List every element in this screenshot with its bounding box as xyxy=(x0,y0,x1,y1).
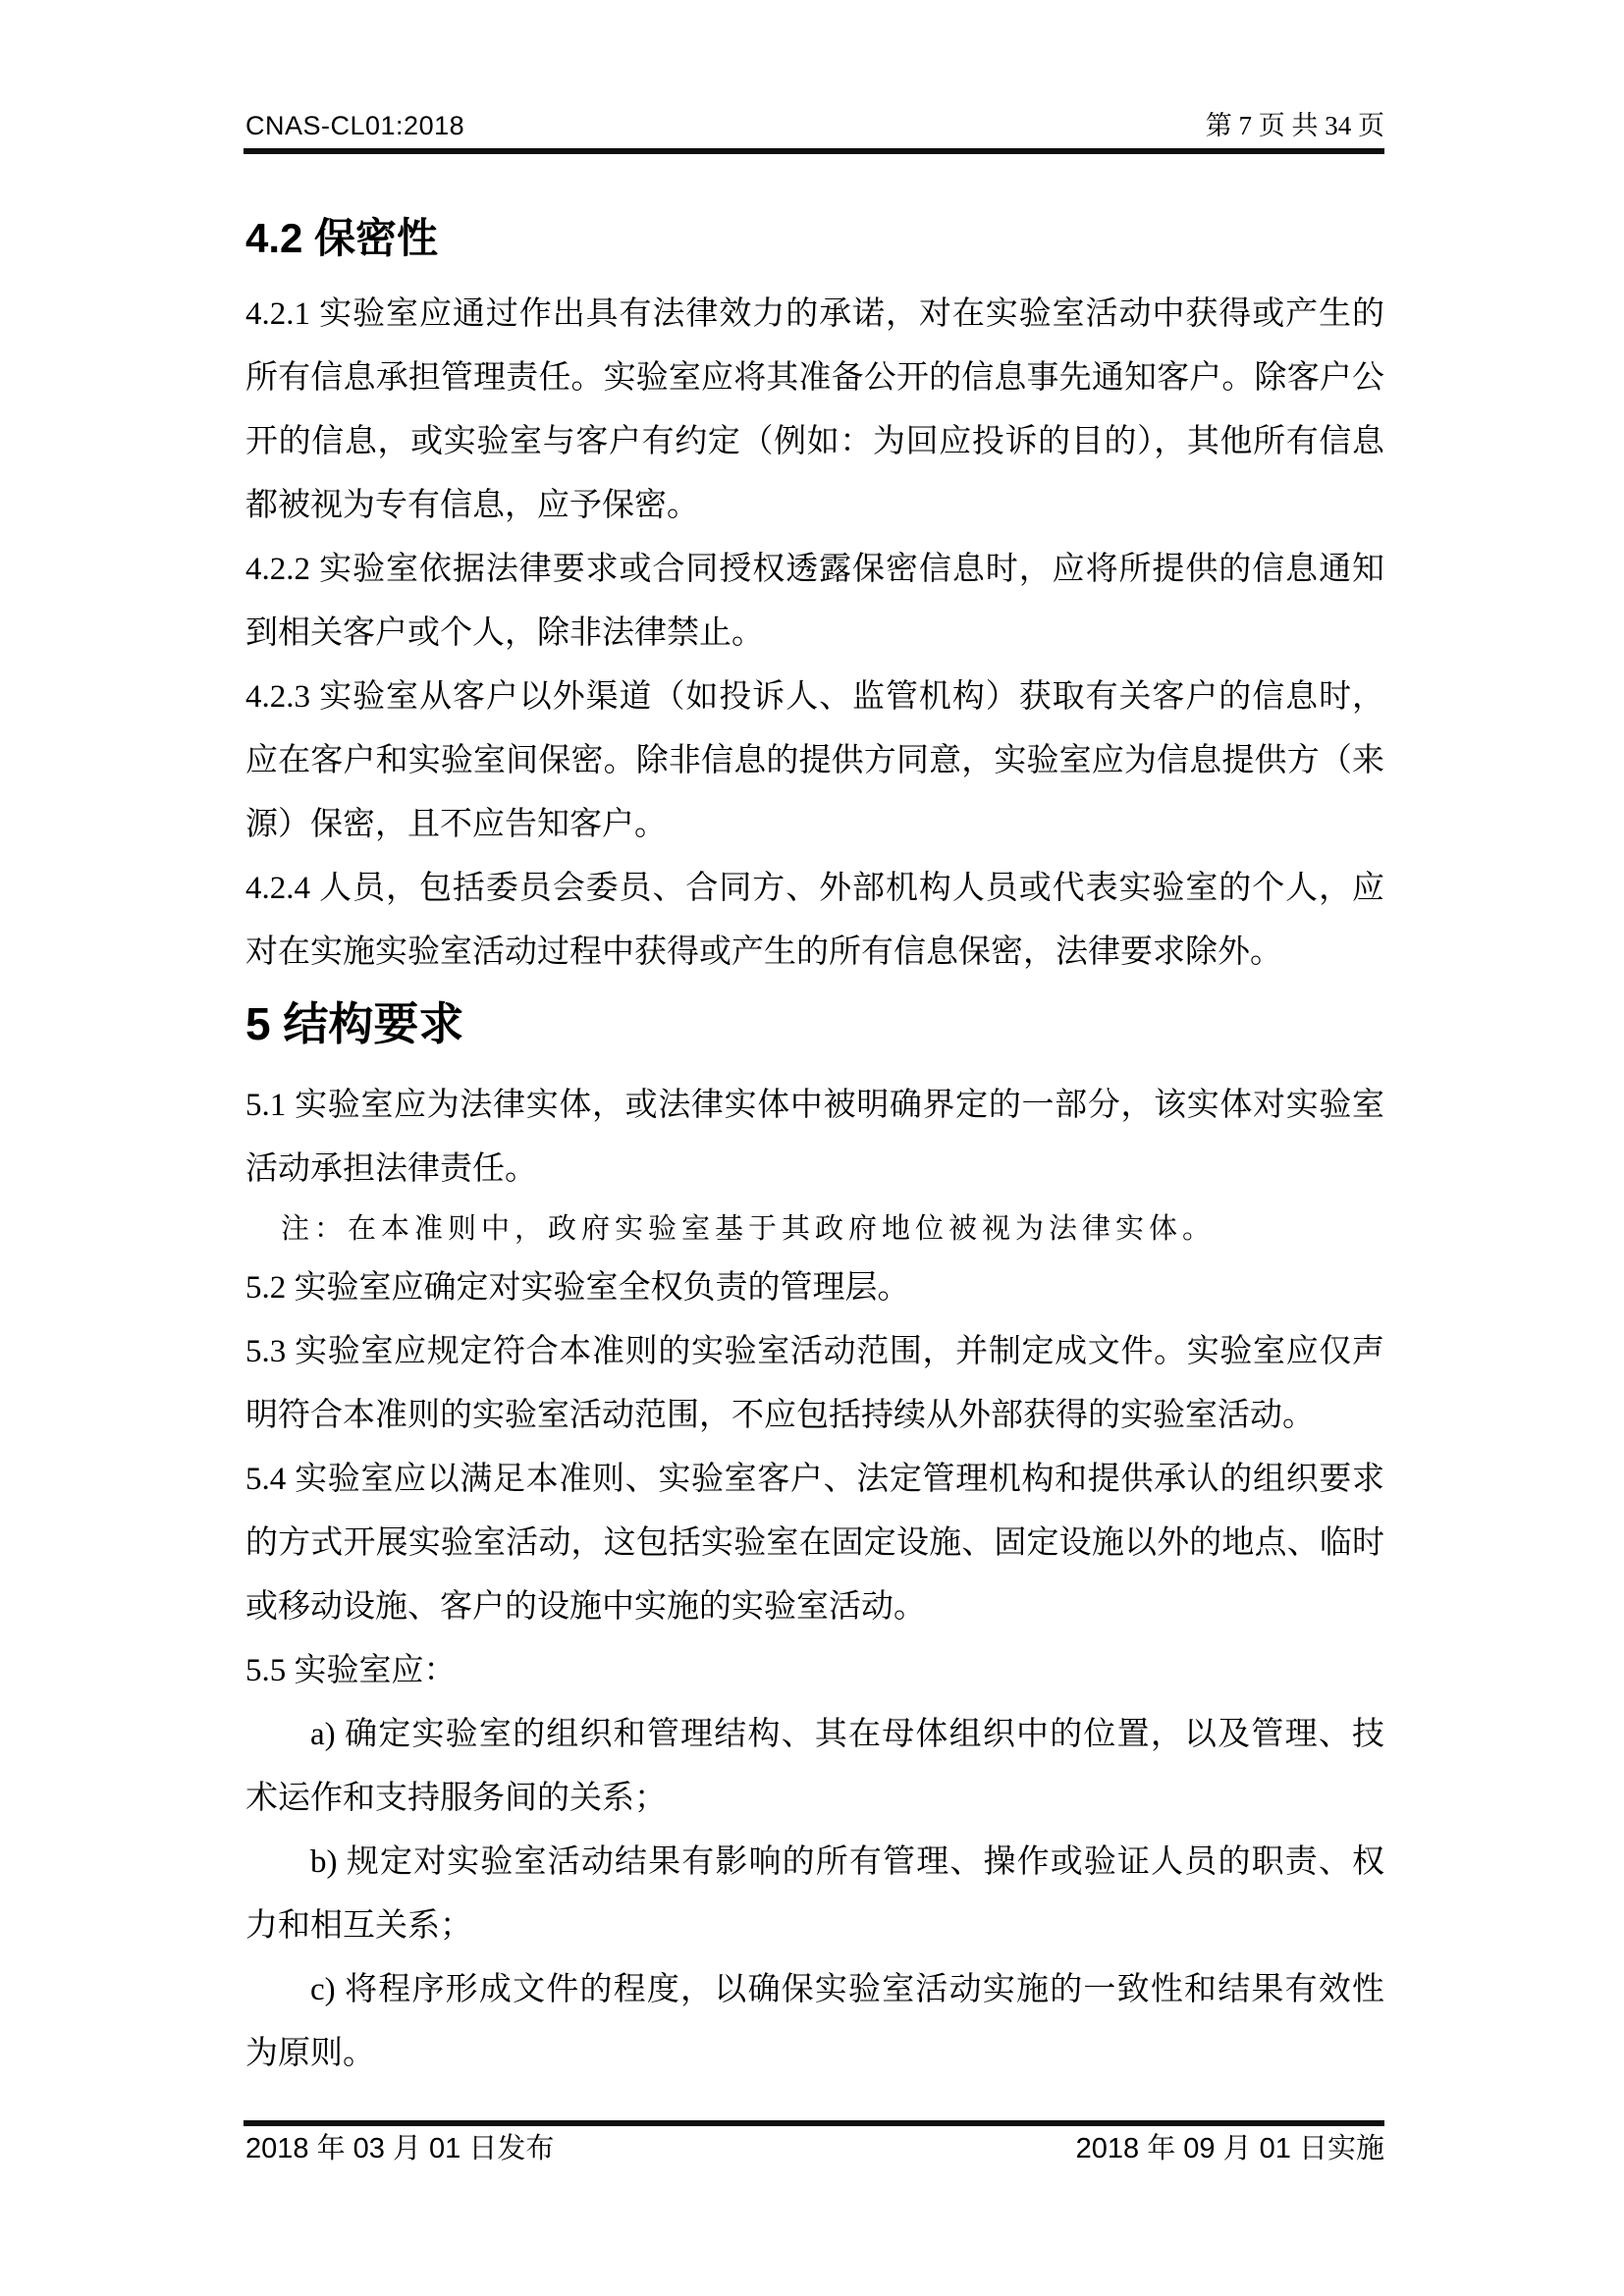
para-54-line-3: 或移动设施、客户的设施中实施的实验室活动。 xyxy=(245,1575,1384,1639)
para-53-line-1: 5.3 实验室应规定符合本准则的实验室活动范围，并制定成文件。实验室应仅声 xyxy=(245,1320,1384,1384)
implement-date: 2018 年 09 月 01 日实施 xyxy=(1076,2132,1384,2165)
para-55-line-1: 5.5 实验室应： xyxy=(245,1639,1384,1703)
item-c-line-2: 为原则。 xyxy=(245,2022,1384,2086)
para-421-line-4: 都被视为专有信息，应予保密。 xyxy=(245,474,1384,538)
para-51-line-2: 活动承担法律责任。 xyxy=(245,1138,1384,1201)
release-date: 2018 年 03 月 01 日发布 xyxy=(245,2132,554,2165)
para-422-line-2: 到相关客户或个人，除非法律禁止。 xyxy=(245,602,1384,666)
para-52-line-1: 5.2 实验室应确定对实验室全权负责的管理层。 xyxy=(245,1256,1384,1320)
item-a-line-1: a) 确定实验室的组织和管理结构、其在母体组织中的位置，以及管理、技 xyxy=(245,1703,1384,1767)
page-footer: 2018 年 03 月 01 日发布 2018 年 09 月 01 日实施 xyxy=(245,2132,1384,2165)
para-421-line-2: 所有信息承担管理责任。实验室应将其准备公开的信息事先通知客户。除客户公 xyxy=(245,347,1384,410)
para-53-line-2: 明符合本准则的实验室活动范围，不应包括持续从外部获得的实验室活动。 xyxy=(245,1384,1384,1448)
para-54-line-2: 的方式开展实验室活动，这包括实验室在固定设施、固定设施以外的地点、临时 xyxy=(245,1512,1384,1575)
para-423-line-3: 源）保密，且不应告知客户。 xyxy=(245,793,1384,857)
para-51-line-1: 5.1 实验室应为法律实体，或法律实体中被明确界定的一部分，该实体对实验室 xyxy=(245,1074,1384,1138)
para-423-line-2: 应在客户和实验室间保密。除非信息的提供方同意，实验室应为信息提供方（来 xyxy=(245,729,1384,793)
para-54-line-1: 5.4 实验室应以满足本准则、实验室客户、法定管理机构和提供承认的组织要求 xyxy=(245,1448,1384,1512)
item-c-line-1: c) 将程序形成文件的程度，以确保实验室活动实施的一致性和结果有效性 xyxy=(245,1958,1384,2022)
item-a-line-2: 术运作和支持服务间的关系； xyxy=(245,1767,1384,1831)
document-page: CNAS-CL01:2018 第 7 页 共 34 页 4.2 保密性 4.2.… xyxy=(0,0,1624,2296)
note-5-1: 注：在本准则中，政府实验室基于其政府地位被视为法律实体。 xyxy=(245,1201,1384,1256)
para-424-line-1: 4.2.4 人员，包括委员会委员、合同方、外部机构人员或代表实验室的个人，应 xyxy=(245,857,1384,921)
document-body: 4.2 保密性 4.2.1 实验室应通过作出具有法律效力的承诺，对在实验室活动中… xyxy=(245,0,1384,2086)
para-421-line-3: 开的信息，或实验室与客户有约定（例如：为回应投诉的目的），其他所有信息 xyxy=(245,410,1384,474)
para-424-line-2: 对在实施实验室活动过程中获得或产生的所有信息保密，法律要求除外。 xyxy=(245,921,1384,985)
item-b-line-2: 力和相互关系； xyxy=(245,1895,1384,1958)
item-b-line-1: b) 规定对实验室活动结果有影响的所有管理、操作或验证人员的职责、权 xyxy=(245,1831,1384,1895)
para-422-line-1: 4.2.2 实验室依据法律要求或合同授权透露保密信息时，应将所提供的信息通知 xyxy=(245,538,1384,602)
section-5-heading: 5 结构要求 xyxy=(245,992,1384,1055)
footer-rule xyxy=(244,2120,1384,2126)
section-4-2-heading: 4.2 保密性 xyxy=(245,211,1384,266)
para-423-line-1: 4.2.3 实验室从客户以外渠道（如投诉人、监管机构）获取有关客户的信息时， xyxy=(245,666,1384,729)
para-421-line-1: 4.2.1 实验室应通过作出具有法律效力的承诺，对在实验室活动中获得或产生的 xyxy=(245,283,1384,347)
